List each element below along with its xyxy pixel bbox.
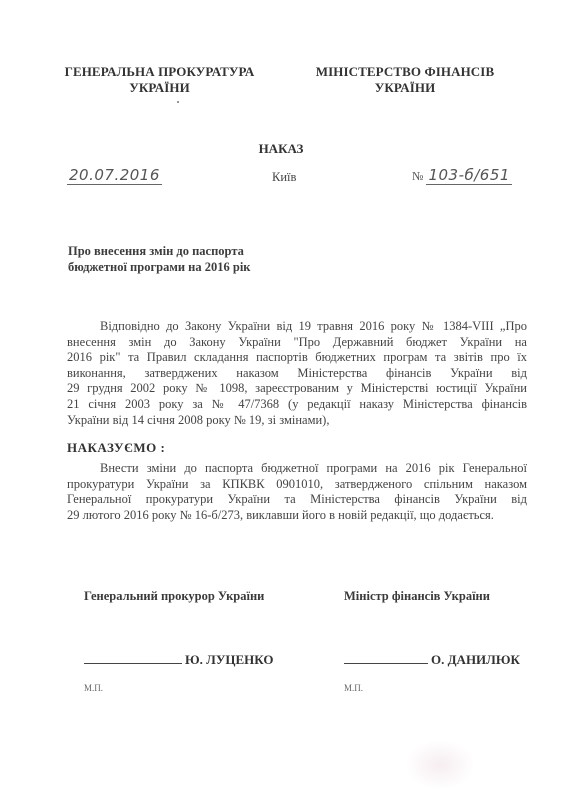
signer-position-left: Генеральний прокурор України <box>84 589 264 604</box>
scan-smudge <box>405 740 475 790</box>
number-sign: № <box>412 168 423 185</box>
text-line: 21 січня 2003 року за № 47/7368 (у редак… <box>67 397 527 413</box>
preamble-paragraph: Відповідно до Закону України від 19 трав… <box>67 319 527 428</box>
signer-position-right: Міністр фінансів України <box>344 589 490 604</box>
order-paragraph: Внести зміни до паспорта бюджетної прогр… <box>67 461 527 523</box>
text-line: виконання, затверджених наказом Міністер… <box>67 366 527 382</box>
text-line: Генеральної прокуратури України та Мініс… <box>67 492 527 508</box>
text-line: Відповідно до Закону України від 19 трав… <box>67 319 527 335</box>
issuer-line: ГЕНЕРАЛЬНА ПРОКУРАТУРА <box>62 64 257 80</box>
issuer-ministry-finance: МІНІСТЕРСТВО ФІНАНСІВ УКРАЇНИ <box>300 64 510 96</box>
text-line: прокуратури України за КПКВК 0901010, за… <box>67 477 527 493</box>
signature-block-right: О. ДАНИЛЮК <box>344 652 520 668</box>
issuer-line: УКРАЇНИ <box>300 80 510 96</box>
text-line: Внести зміни до паспорта бюджетної прогр… <box>67 461 527 477</box>
stamp-place-right: М.П. <box>344 683 363 693</box>
scan-speck <box>177 101 179 103</box>
issuer-line: МІНІСТЕРСТВО ФІНАНСІВ <box>300 64 510 80</box>
document-title: НАКАЗ <box>0 141 562 157</box>
text-line: 2016 рік" та Правил складання паспортів … <box>67 350 527 366</box>
handwritten-number: 103-б/651 <box>426 167 511 185</box>
order-heading: НАКАЗУЄМО : <box>67 440 165 456</box>
issuer-line: УКРАЇНИ <box>62 80 257 96</box>
subject-line: Про внесення змін до паспорта <box>68 243 251 259</box>
signature-line <box>344 663 428 664</box>
signature-line <box>84 663 182 664</box>
document-number: № 103-б/651 <box>412 167 512 185</box>
text-line: внесення змін до Закону України "Про Дер… <box>67 335 527 351</box>
signature-block-left: Ю. ЛУЦЕНКО <box>84 652 273 668</box>
text-line: 29 лютого 2016 року № 16-б/273, виклавши… <box>67 508 527 524</box>
text-line: України від 14 січня 2008 року № 19, зі … <box>67 413 527 429</box>
text-line: 29 грудня 2002 року № 1098, зареєстрован… <box>67 381 527 397</box>
document-city: Київ <box>272 170 296 185</box>
signer-name: Ю. ЛУЦЕНКО <box>185 652 273 667</box>
signer-name: О. ДАНИЛЮК <box>431 652 520 667</box>
issuer-prosecutor-general: ГЕНЕРАЛЬНА ПРОКУРАТУРА УКРАЇНИ <box>62 64 257 96</box>
document-subject: Про внесення змін до паспорта бюджетної … <box>68 243 251 275</box>
subject-line: бюджетної програми на 2016 рік <box>68 259 251 275</box>
stamp-place-left: М.П. <box>84 683 103 693</box>
handwritten-date: 20.07.2016 <box>67 167 162 185</box>
